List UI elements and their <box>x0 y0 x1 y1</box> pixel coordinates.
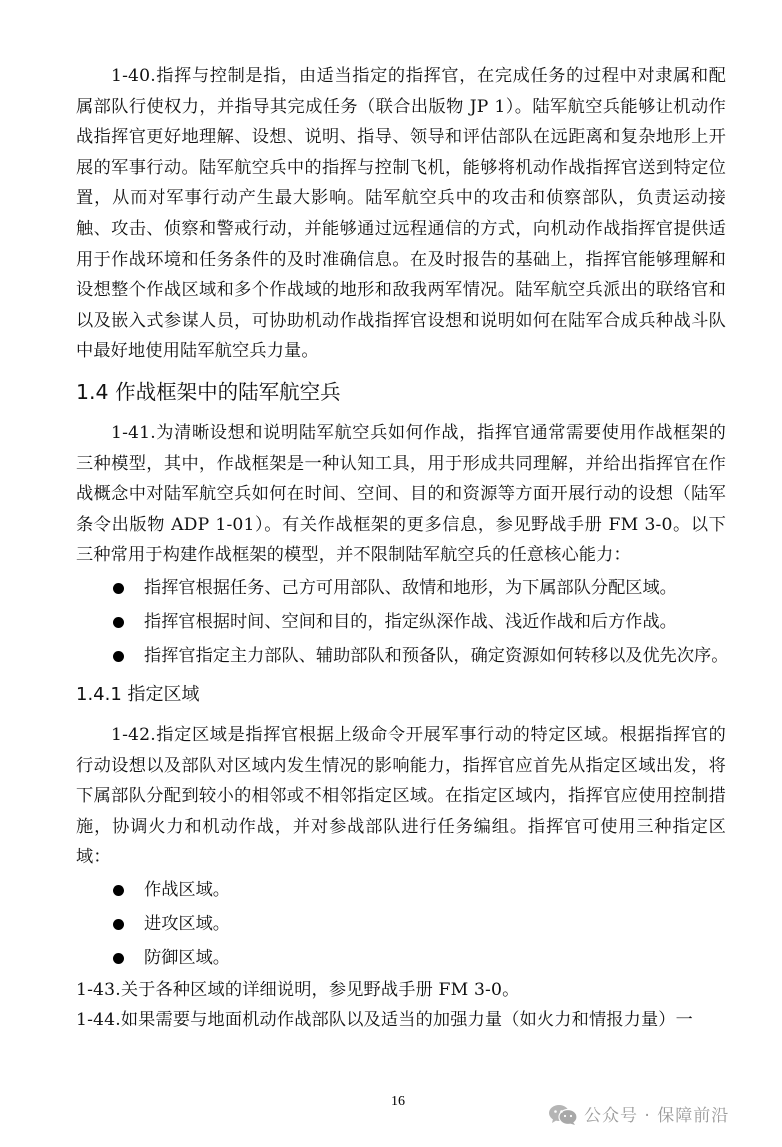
bullet-icon <box>113 919 124 930</box>
bullet-icon <box>113 885 124 896</box>
paragraph-1-40: 1-40.指挥与控制是指，由适当指定的指挥官，在完成任务的过程中对隶属和配属部队… <box>76 61 726 367</box>
list-item: 作战区域。 <box>76 873 726 907</box>
list-item-text: 指挥官根据时间、空间和目的，指定纵深作战、浅近作战和后方作战。 <box>144 612 677 632</box>
list-item: 指挥官根据时间、空间和目的，指定纵深作战、浅近作战和后方作战。 <box>76 605 726 639</box>
paragraph-1-42: 1-42.指定区域是指挥官根据上级命令开展军事行动的特定区域。根据指挥官的行动设… <box>76 720 726 873</box>
list-item: 指挥官根据任务、己方可用部队、敌情和地形，为下属部队分配区域。 <box>76 571 726 605</box>
framework-model-list: 指挥官根据任务、己方可用部队、敌情和地形，为下属部队分配区域。 指挥官根据时间、… <box>76 571 726 673</box>
bullet-icon <box>113 583 124 594</box>
list-item: 进攻区域。 <box>76 907 726 941</box>
area-type-list: 作战区域。 进攻区域。 防御区域。 <box>76 873 726 975</box>
paragraph-1-43: 1-43.关于各种区域的详细说明，参见野战手册 FM 3-0。 <box>76 975 726 1006</box>
list-item-text: 进攻区域。 <box>144 914 230 934</box>
watermark: 公众号 · 保障前沿 <box>548 1101 729 1126</box>
page-number: 16 <box>391 1094 405 1110</box>
watermark-text: 公众号 · 保障前沿 <box>584 1101 729 1126</box>
list-item-text: 指挥官根据任务、己方可用部队、敌情和地形，为下属部队分配区域。 <box>144 578 677 598</box>
paragraph-1-44: 1-44.如果需要与地面机动作战部队以及适当的加强力量（如火力和情报力量）一 <box>76 1005 726 1036</box>
paragraph-1-41: 1-41.为清晰设想和说明陆军航空兵如何作战，指挥官通常需要使用作战框架的三种模… <box>76 418 726 571</box>
wechat-icon <box>548 1104 578 1124</box>
bullet-icon <box>113 953 124 964</box>
list-item-text: 作战区域。 <box>144 880 230 900</box>
list-item: 防御区域。 <box>76 941 726 975</box>
section-heading-1-4-1: 1.4.1 指定区域 <box>76 682 726 708</box>
list-item: 指挥官指定主力部队、辅助部队和预备队，确定资源如何转移以及优先次序。 <box>76 639 726 673</box>
bullet-icon <box>113 617 124 628</box>
list-item-text: 指挥官指定主力部队、辅助部队和预备队，确定资源如何转移以及优先次序。 <box>144 646 728 666</box>
bullet-icon <box>113 651 124 662</box>
section-heading-1-4: 1.4 作战框架中的陆军航空兵 <box>76 378 726 406</box>
document-page: 1-40.指挥与控制是指，由适当指定的指挥官，在完成任务的过程中对隶属和配属部队… <box>76 61 726 1036</box>
list-item-text: 防御区域。 <box>144 948 230 968</box>
